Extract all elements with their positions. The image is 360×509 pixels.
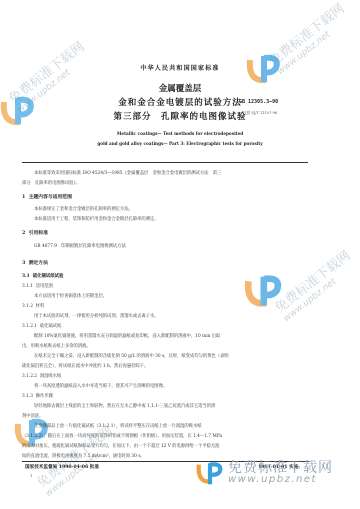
subsection-text: 在金镀部品上放一片硫化镉试纸（3.1.2.1），将试样平整压在试纸上放一片润湿的… bbox=[34, 423, 202, 429]
subsection-text: 轻轻地除去镀层上残留的尘土和脏物，然后在无水乙醇中或 1,1,1-三氯乙烷蒸汽或… bbox=[34, 403, 215, 409]
intro-line-1: 本标准等效采用国际标准 ISO 4524/3—1985《金属覆盖层 金和金合金电… bbox=[34, 170, 221, 176]
subsection-text: 在纸未完全干燥之前，浸入新配制的含硫化钠 50 g/L 的溶液中 30 s，这时… bbox=[34, 353, 229, 359]
subsection-heading: 3.1.2.1 硫化镉试纸 bbox=[22, 323, 61, 329]
section-1-paragraph: 本标准规定了金和金合金镀层的孔隙率的测定方法。 bbox=[34, 206, 133, 212]
english-title-line-1: Metallic coatings— Test methods for elec… bbox=[0, 131, 360, 136]
section-heading-2: 2 引用标准 bbox=[22, 229, 48, 236]
section-heading-3: 3 测定方法 bbox=[22, 259, 48, 266]
up-logo-icon bbox=[244, 268, 288, 312]
subsection-text: 剂中清洗。 bbox=[22, 413, 43, 419]
subsection-text: 纹的直流电流，阴极电流密度为 7.5 mA/cm²，通电时间 30 s。 bbox=[22, 453, 145, 459]
subsection-heading: 3.1.2 材料 bbox=[22, 303, 44, 309]
standard-number: GB 12305.3—90 bbox=[239, 99, 278, 105]
replaces-label: 代替 SJ/T 11107-96 bbox=[243, 111, 277, 116]
section-2-paragraph: GB 4677.9 印制板镀层孔隙率电图像测试方法 bbox=[34, 243, 126, 249]
subsection-text: 将一块高度透的滤纸浸入水中并适当晾干，使其可产生清晰的电图像。 bbox=[34, 383, 167, 389]
document-page: 免费标准下载网 www.upbz.net 免费标准下载网 www.upbz.ne… bbox=[0, 0, 360, 509]
title-line-3: 第三部分 孔隙率的电图像试验 bbox=[0, 110, 360, 122]
national-standard-label: 中华人民共和国国家标准 bbox=[0, 63, 360, 72]
footer-watermark-cn: 免费标准下载网 bbox=[228, 461, 333, 475]
subsection-text: 的压力对加压，使硫化镉试纸和样品受力均匀，在加压下，由一个不超过 12 V 的电… bbox=[22, 443, 219, 449]
title-line-2: 金和金合金电镀层的试验方法 bbox=[0, 96, 360, 108]
header-divider bbox=[22, 162, 308, 163]
subsection-text: 本方法适用于检查铜基体上的镀金层。 bbox=[34, 293, 107, 299]
subsection-text: 用于本试验的试剂，一律使用分析纯的试剂，蒸馏水或去离子水。 bbox=[34, 313, 159, 319]
english-title-line-2: gold and gold alloy coatings— Part 3: El… bbox=[0, 141, 360, 146]
section-1-paragraph: 本标准适用于工程、装饰和防护用金和金合金镀层孔隙率的测定。 bbox=[34, 216, 159, 222]
intro-line-2: 部分 孔隙率的电图像试验》。 bbox=[22, 180, 80, 186]
footer-watermark: 免费标准下载网 www.upbz.net bbox=[196, 460, 333, 486]
title-line-1: 金属覆盖层 bbox=[0, 82, 360, 94]
subsection-text: 出，用吸水纸吸去纸上多余的溶液。 bbox=[22, 343, 91, 349]
subsection-heading: 3.1.3 操作步骤 bbox=[22, 393, 53, 399]
up-logo-icon bbox=[196, 460, 224, 486]
footer-watermark-url: www.upbz.net bbox=[228, 475, 333, 485]
subsection-text: 硫化镉沉积完全）。将试纸在流水中冲洗约 1 h，然后再悬挂晾干。 bbox=[22, 363, 148, 369]
subsection-text: 配制 10%氯化镉溶液，将用蒸馏水充分润湿的滤纸或复印纸，浸入新配制的溶液中，1… bbox=[34, 333, 220, 339]
page-number: 1 bbox=[30, 473, 33, 478]
subsection-heading: 3.1 硫化镉试纸试验 bbox=[22, 273, 63, 279]
approval-date: 国家技术监督局 1990-04-06 批准 bbox=[25, 464, 99, 470]
subsection-text: （3.1.2.2），随后在上面放一块高纯度的洁净的铝或不锈钢板（作阴极）。用加压… bbox=[22, 433, 222, 439]
subsection-heading: 3.1.2.2 润湿吸水纸 bbox=[22, 373, 61, 379]
section-heading-1: 1 主题内容与适用范围 bbox=[22, 193, 72, 200]
subsection-heading: 3.1.1 适用范围 bbox=[22, 283, 53, 289]
